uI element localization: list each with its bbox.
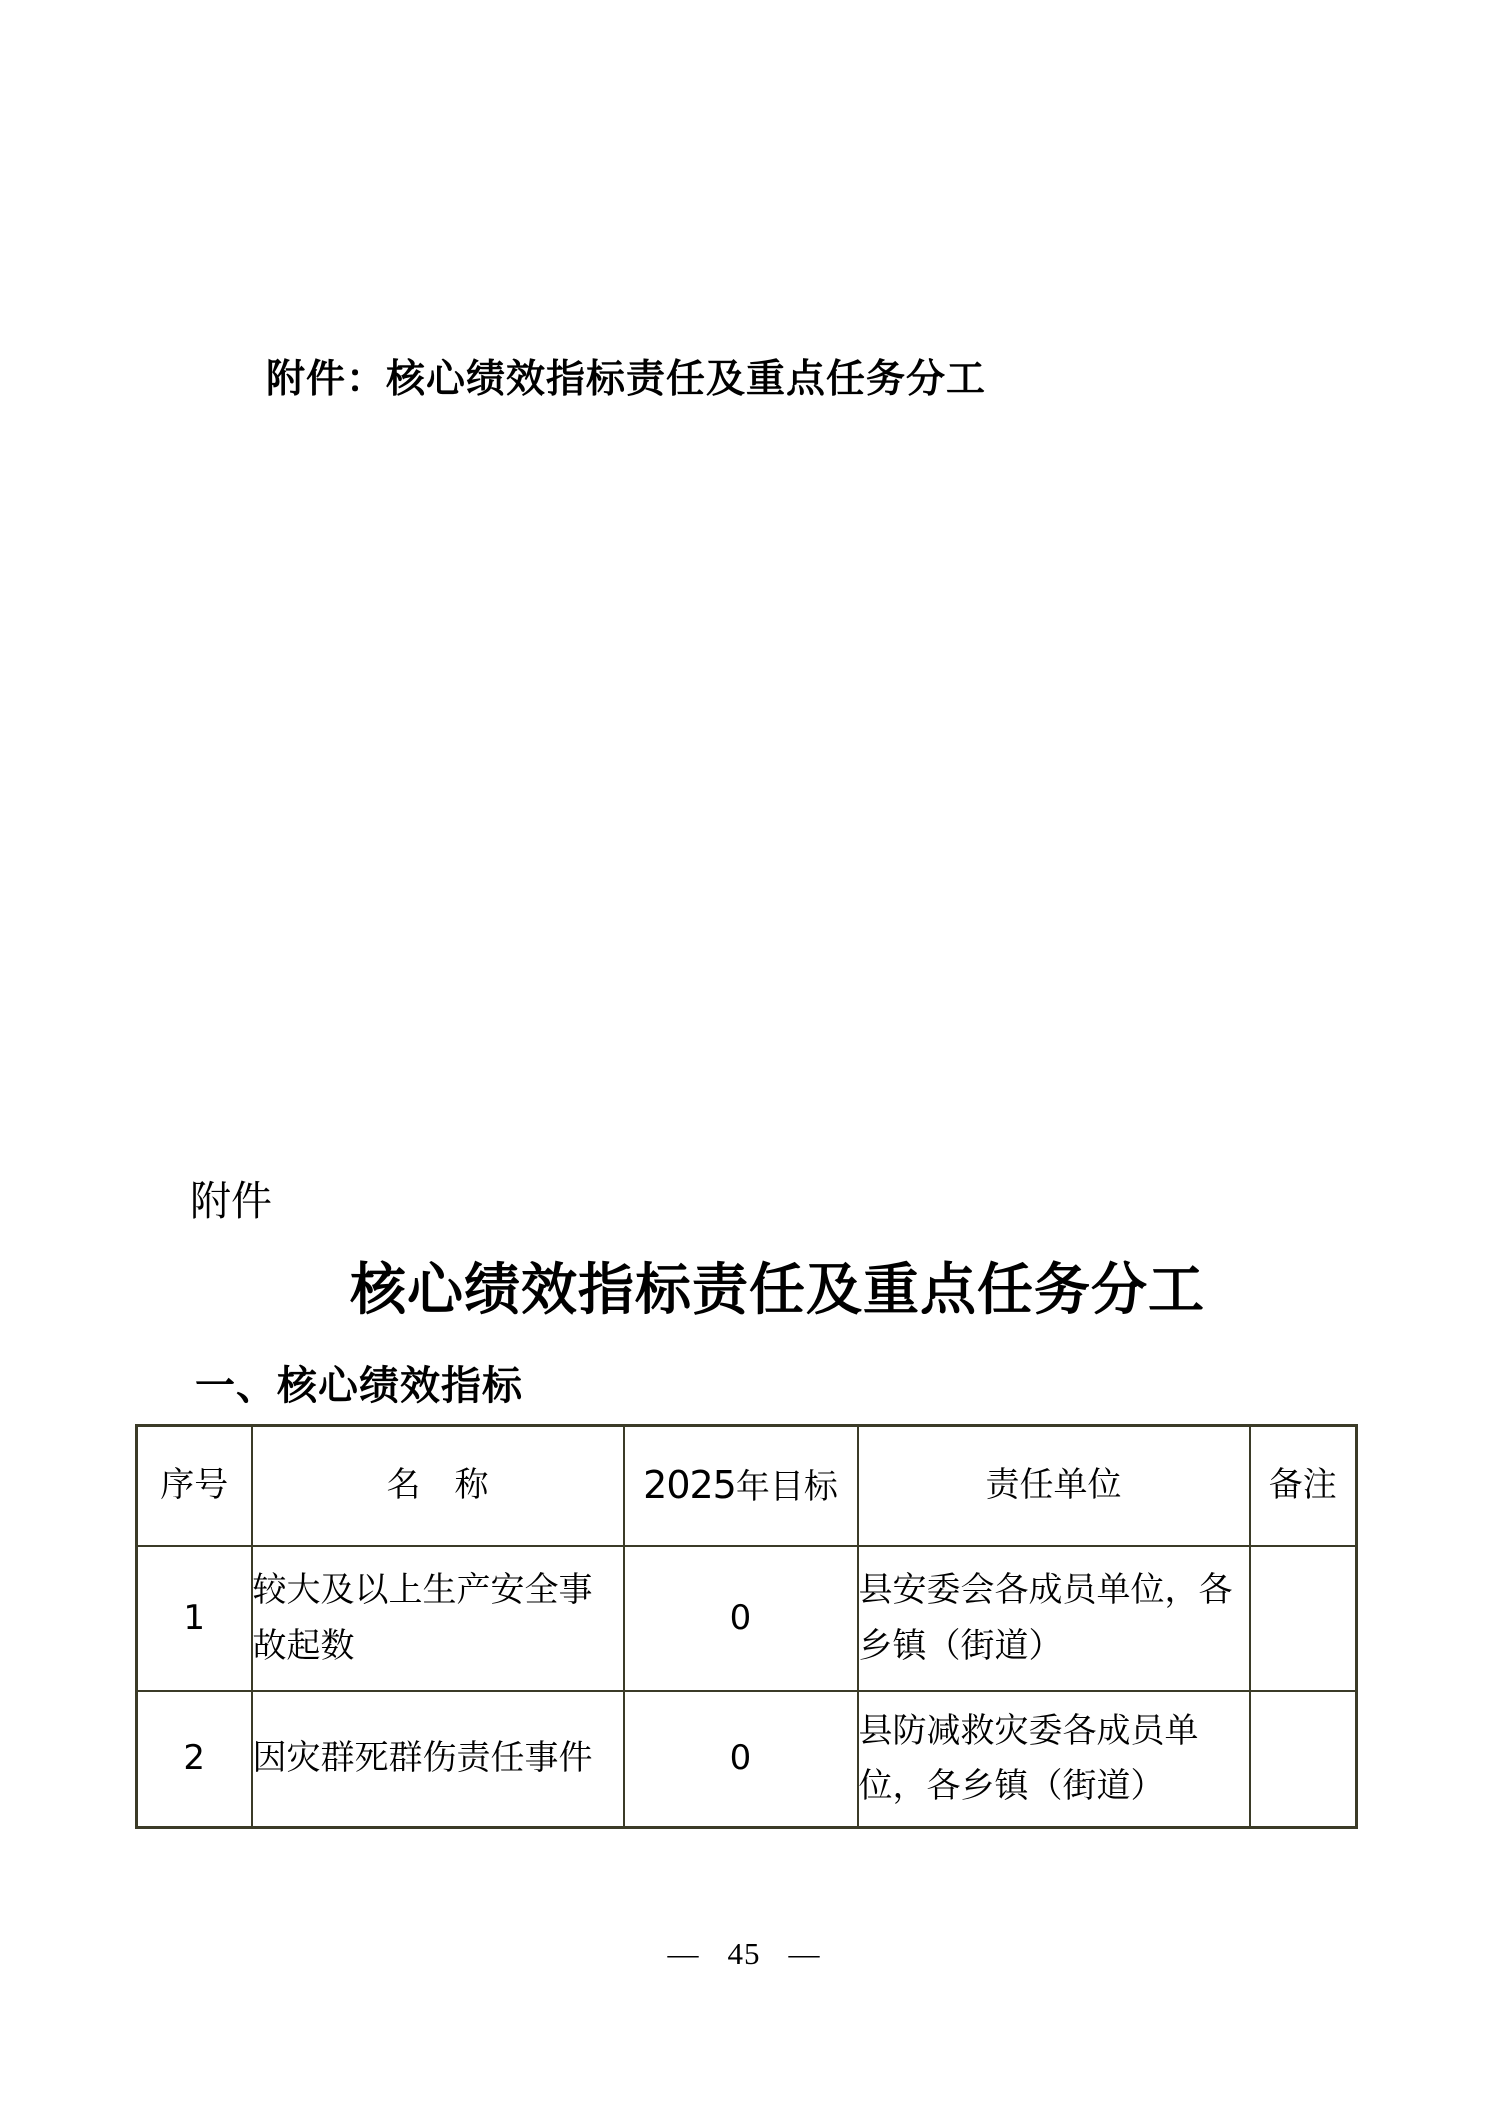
document-title: 核心绩效指标责任及重点任务分工 [350, 1246, 1205, 1326]
page-number-dash-left: — [668, 1936, 700, 1971]
table-row: 2 因灾群死群伤责任事件 0 县防减救灾委各成员单位，各乡镇（街道） [137, 1691, 1357, 1828]
target-value: 0 [624, 1546, 858, 1691]
attachment-heading: 附件：核心绩效指标责任及重点任务分工 [266, 348, 986, 404]
page-number: —45— [0, 1936, 1488, 1972]
header-no: 序号 [137, 1426, 252, 1547]
attachment-label: 附件 [190, 1168, 272, 1227]
document-page: 附件：核心绩效指标责任及重点任务分工 附件 核心绩效指标责任及重点任务分工 一、… [0, 0, 1488, 2105]
header-year-number: 2025 [643, 1463, 736, 1507]
page-number-value: 45 [728, 1936, 761, 1971]
indicator-name: 因灾群死群伤责任事件 [252, 1691, 624, 1828]
row-number: 1 [137, 1546, 252, 1691]
header-remark: 备注 [1250, 1426, 1357, 1547]
responsible-unit: 县防减救灾委各成员单位，各乡镇（街道） [858, 1691, 1250, 1828]
header-unit: 责任单位 [858, 1426, 1250, 1547]
remark-cell [1250, 1546, 1357, 1691]
indicator-name: 较大及以上生产安全事故起数 [252, 1546, 624, 1691]
row-number: 2 [137, 1691, 252, 1828]
page-number-dash-right: — [789, 1936, 821, 1971]
header-year-target: 2025年目标 [624, 1426, 858, 1547]
remark-cell [1250, 1691, 1357, 1828]
header-name: 名 称 [252, 1426, 624, 1547]
table-row: 1 较大及以上生产安全事故起数 0 县安委会各成员单位，各乡镇（街道） [137, 1546, 1357, 1691]
header-year-suffix: 年目标 [736, 1469, 838, 1506]
kpi-table: 序号 名 称 2025年目标 责任单位 备注 1 较大及以上生产安全事故起数 0… [135, 1424, 1358, 1829]
table-header-row: 序号 名 称 2025年目标 责任单位 备注 [137, 1426, 1357, 1547]
section-heading: 一、核心绩效指标 [195, 1354, 523, 1411]
target-value: 0 [624, 1691, 858, 1828]
responsible-unit: 县安委会各成员单位，各乡镇（街道） [858, 1546, 1250, 1691]
